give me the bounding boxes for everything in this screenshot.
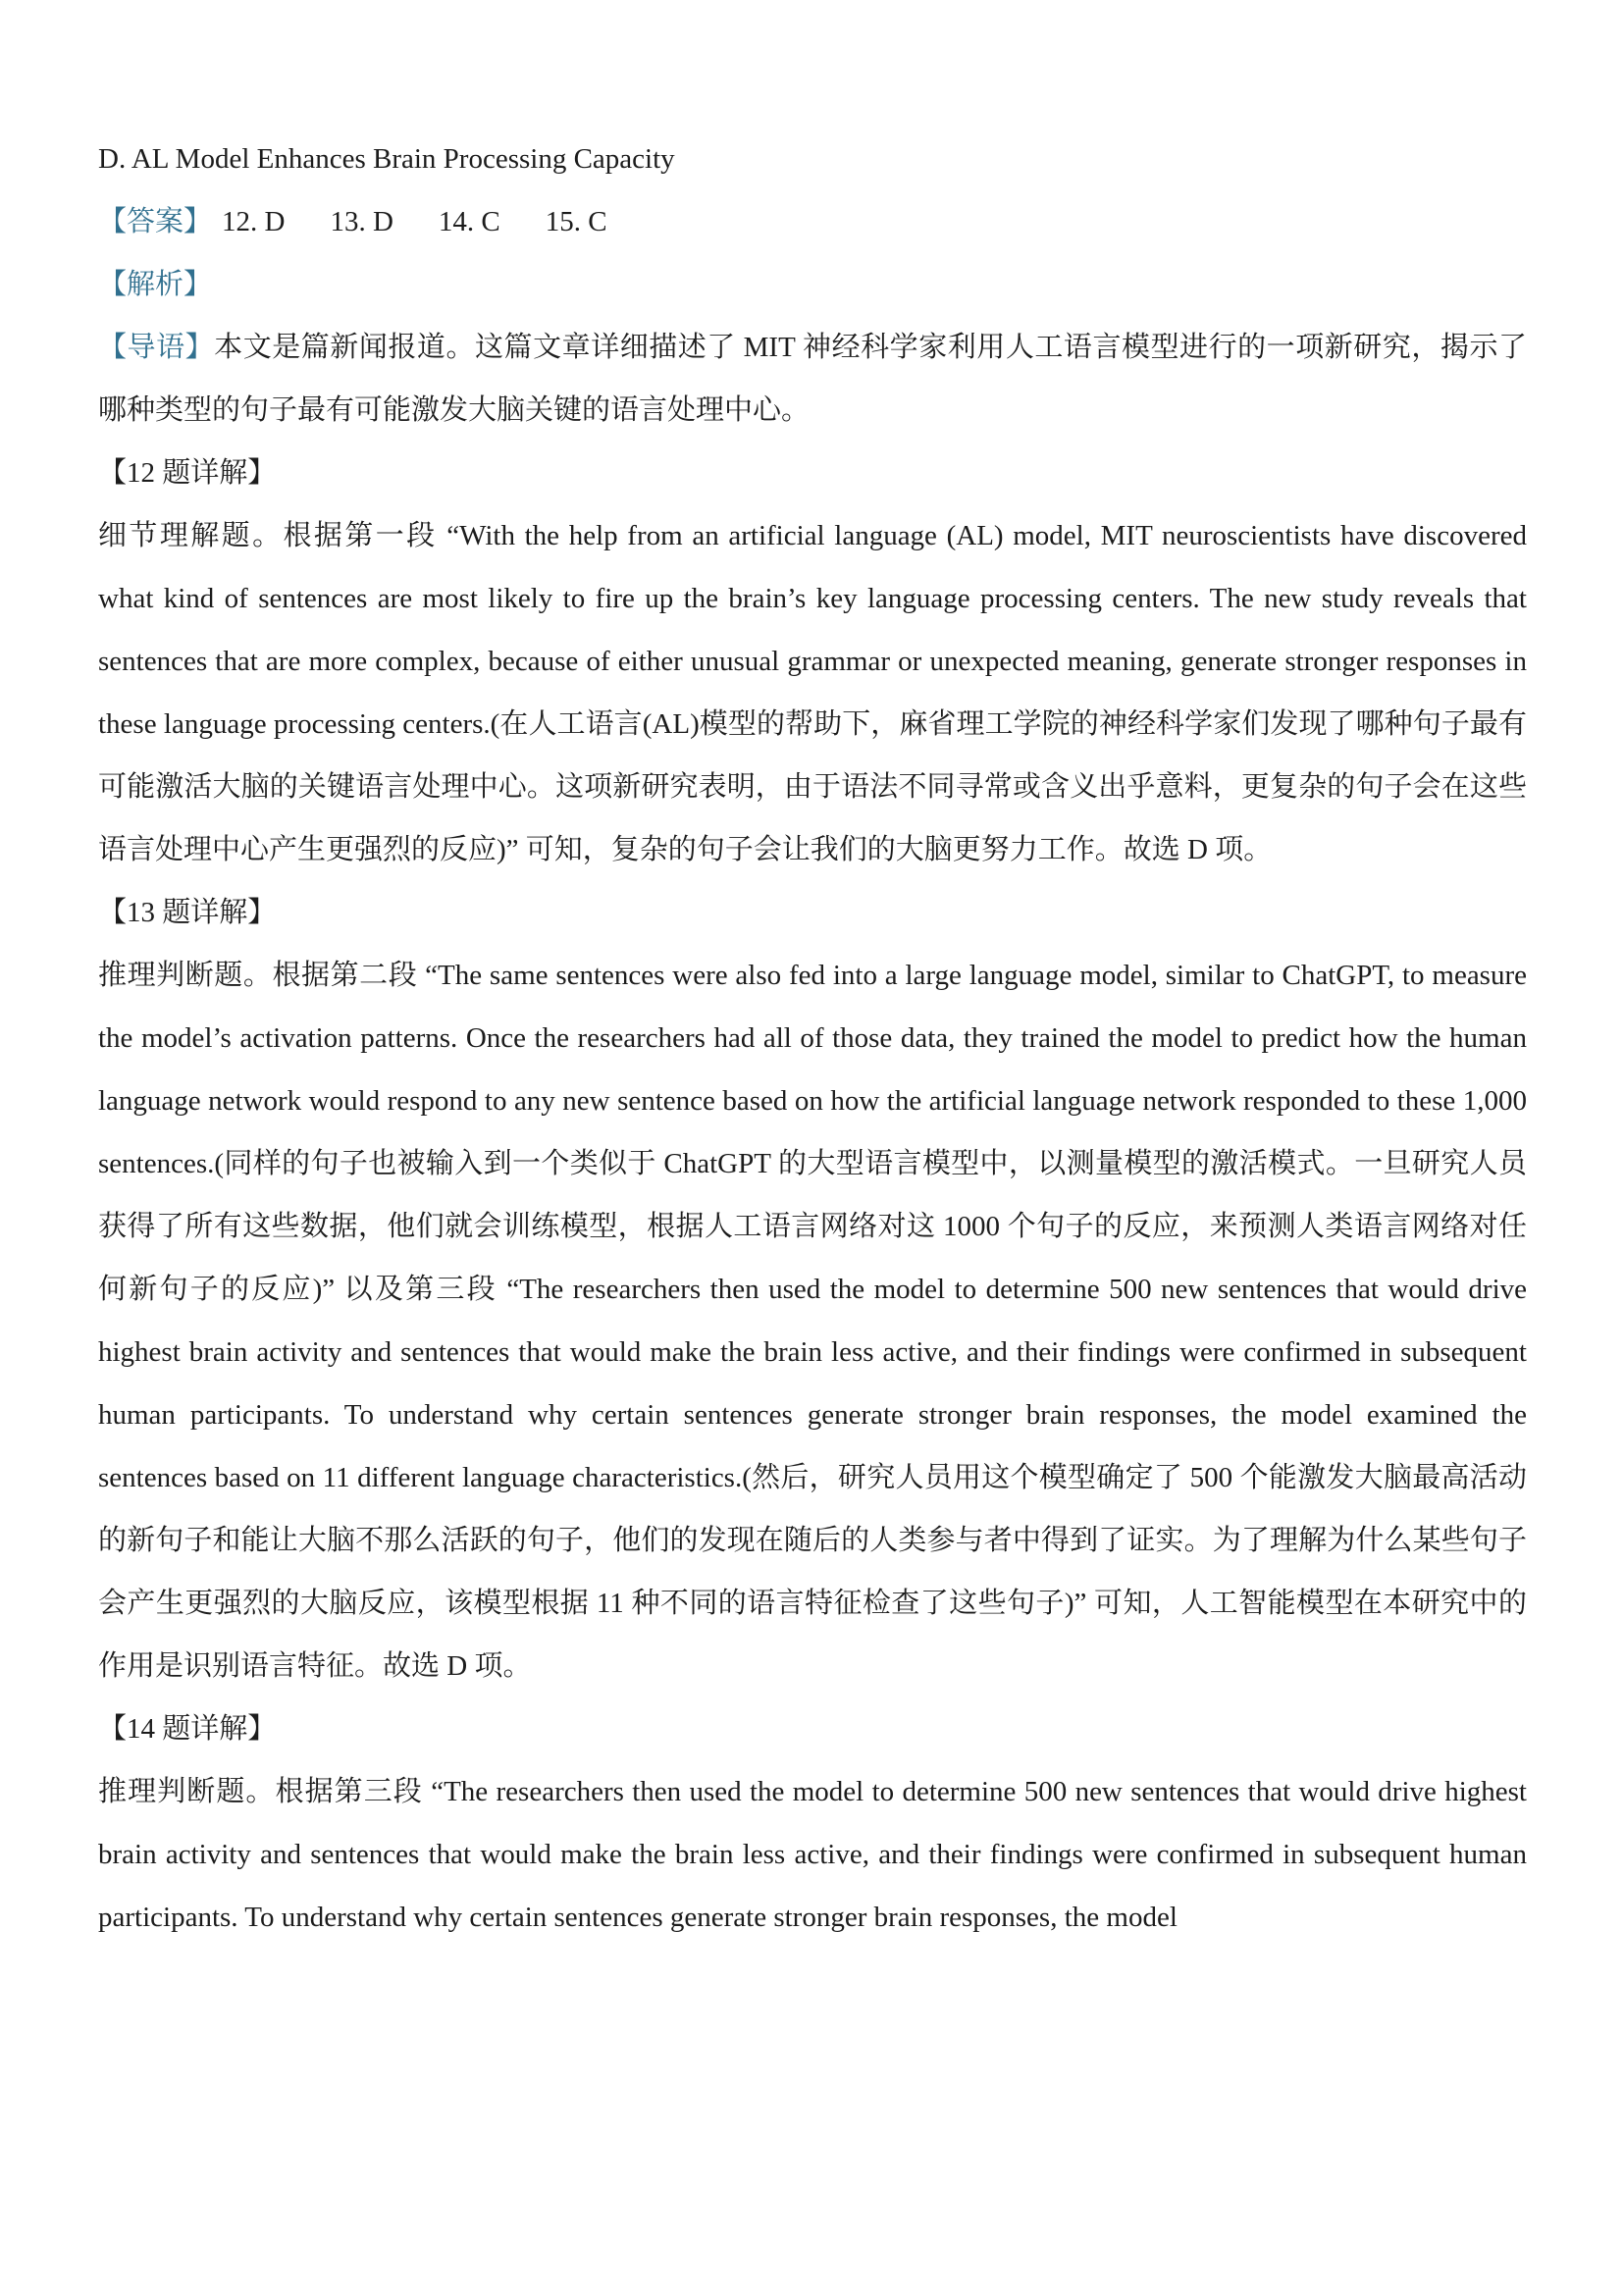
answer-item-14: 14. C (439, 190, 500, 253)
answer-item-15: 15. C (546, 190, 607, 253)
exam-answer-page: D. AL Model Enhances Brain Processing Ca… (0, 0, 1623, 2296)
section-13-body: 推理判断题。根据第二段 “The same sentences were als… (98, 944, 1527, 1697)
section-14-body: 推理判断题。根据第三段 “The researchers then used t… (98, 1760, 1527, 1949)
section-14-heading: 【14 题详解】 (98, 1697, 1527, 1760)
section-13-heading: 【13 题详解】 (98, 881, 1527, 944)
section-12-heading: 【12 题详解】 (98, 442, 1527, 504)
answer-line: 【答案】12. D13. D14. C15. C (98, 190, 1527, 253)
option-d-line: D. AL Model Enhances Brain Processing Ca… (98, 128, 1527, 190)
answer-label: 【答案】 (98, 206, 212, 237)
intro-text: 本文是篇新闻报道。这篇文章详细描述了 MIT 神经科学家利用人工语言模型进行的一… (98, 332, 1527, 426)
section-12-body: 细节理解题。根据第一段 “With the help from an artif… (98, 504, 1527, 881)
intro-paragraph: 【导语】本文是篇新闻报道。这篇文章详细描述了 MIT 神经科学家利用人工语言模型… (98, 316, 1527, 442)
answer-item-12: 12. D (222, 190, 285, 253)
analysis-label: 【解析】 (98, 253, 1527, 316)
intro-label: 【导语】 (98, 332, 214, 363)
answer-item-13: 13. D (330, 190, 393, 253)
